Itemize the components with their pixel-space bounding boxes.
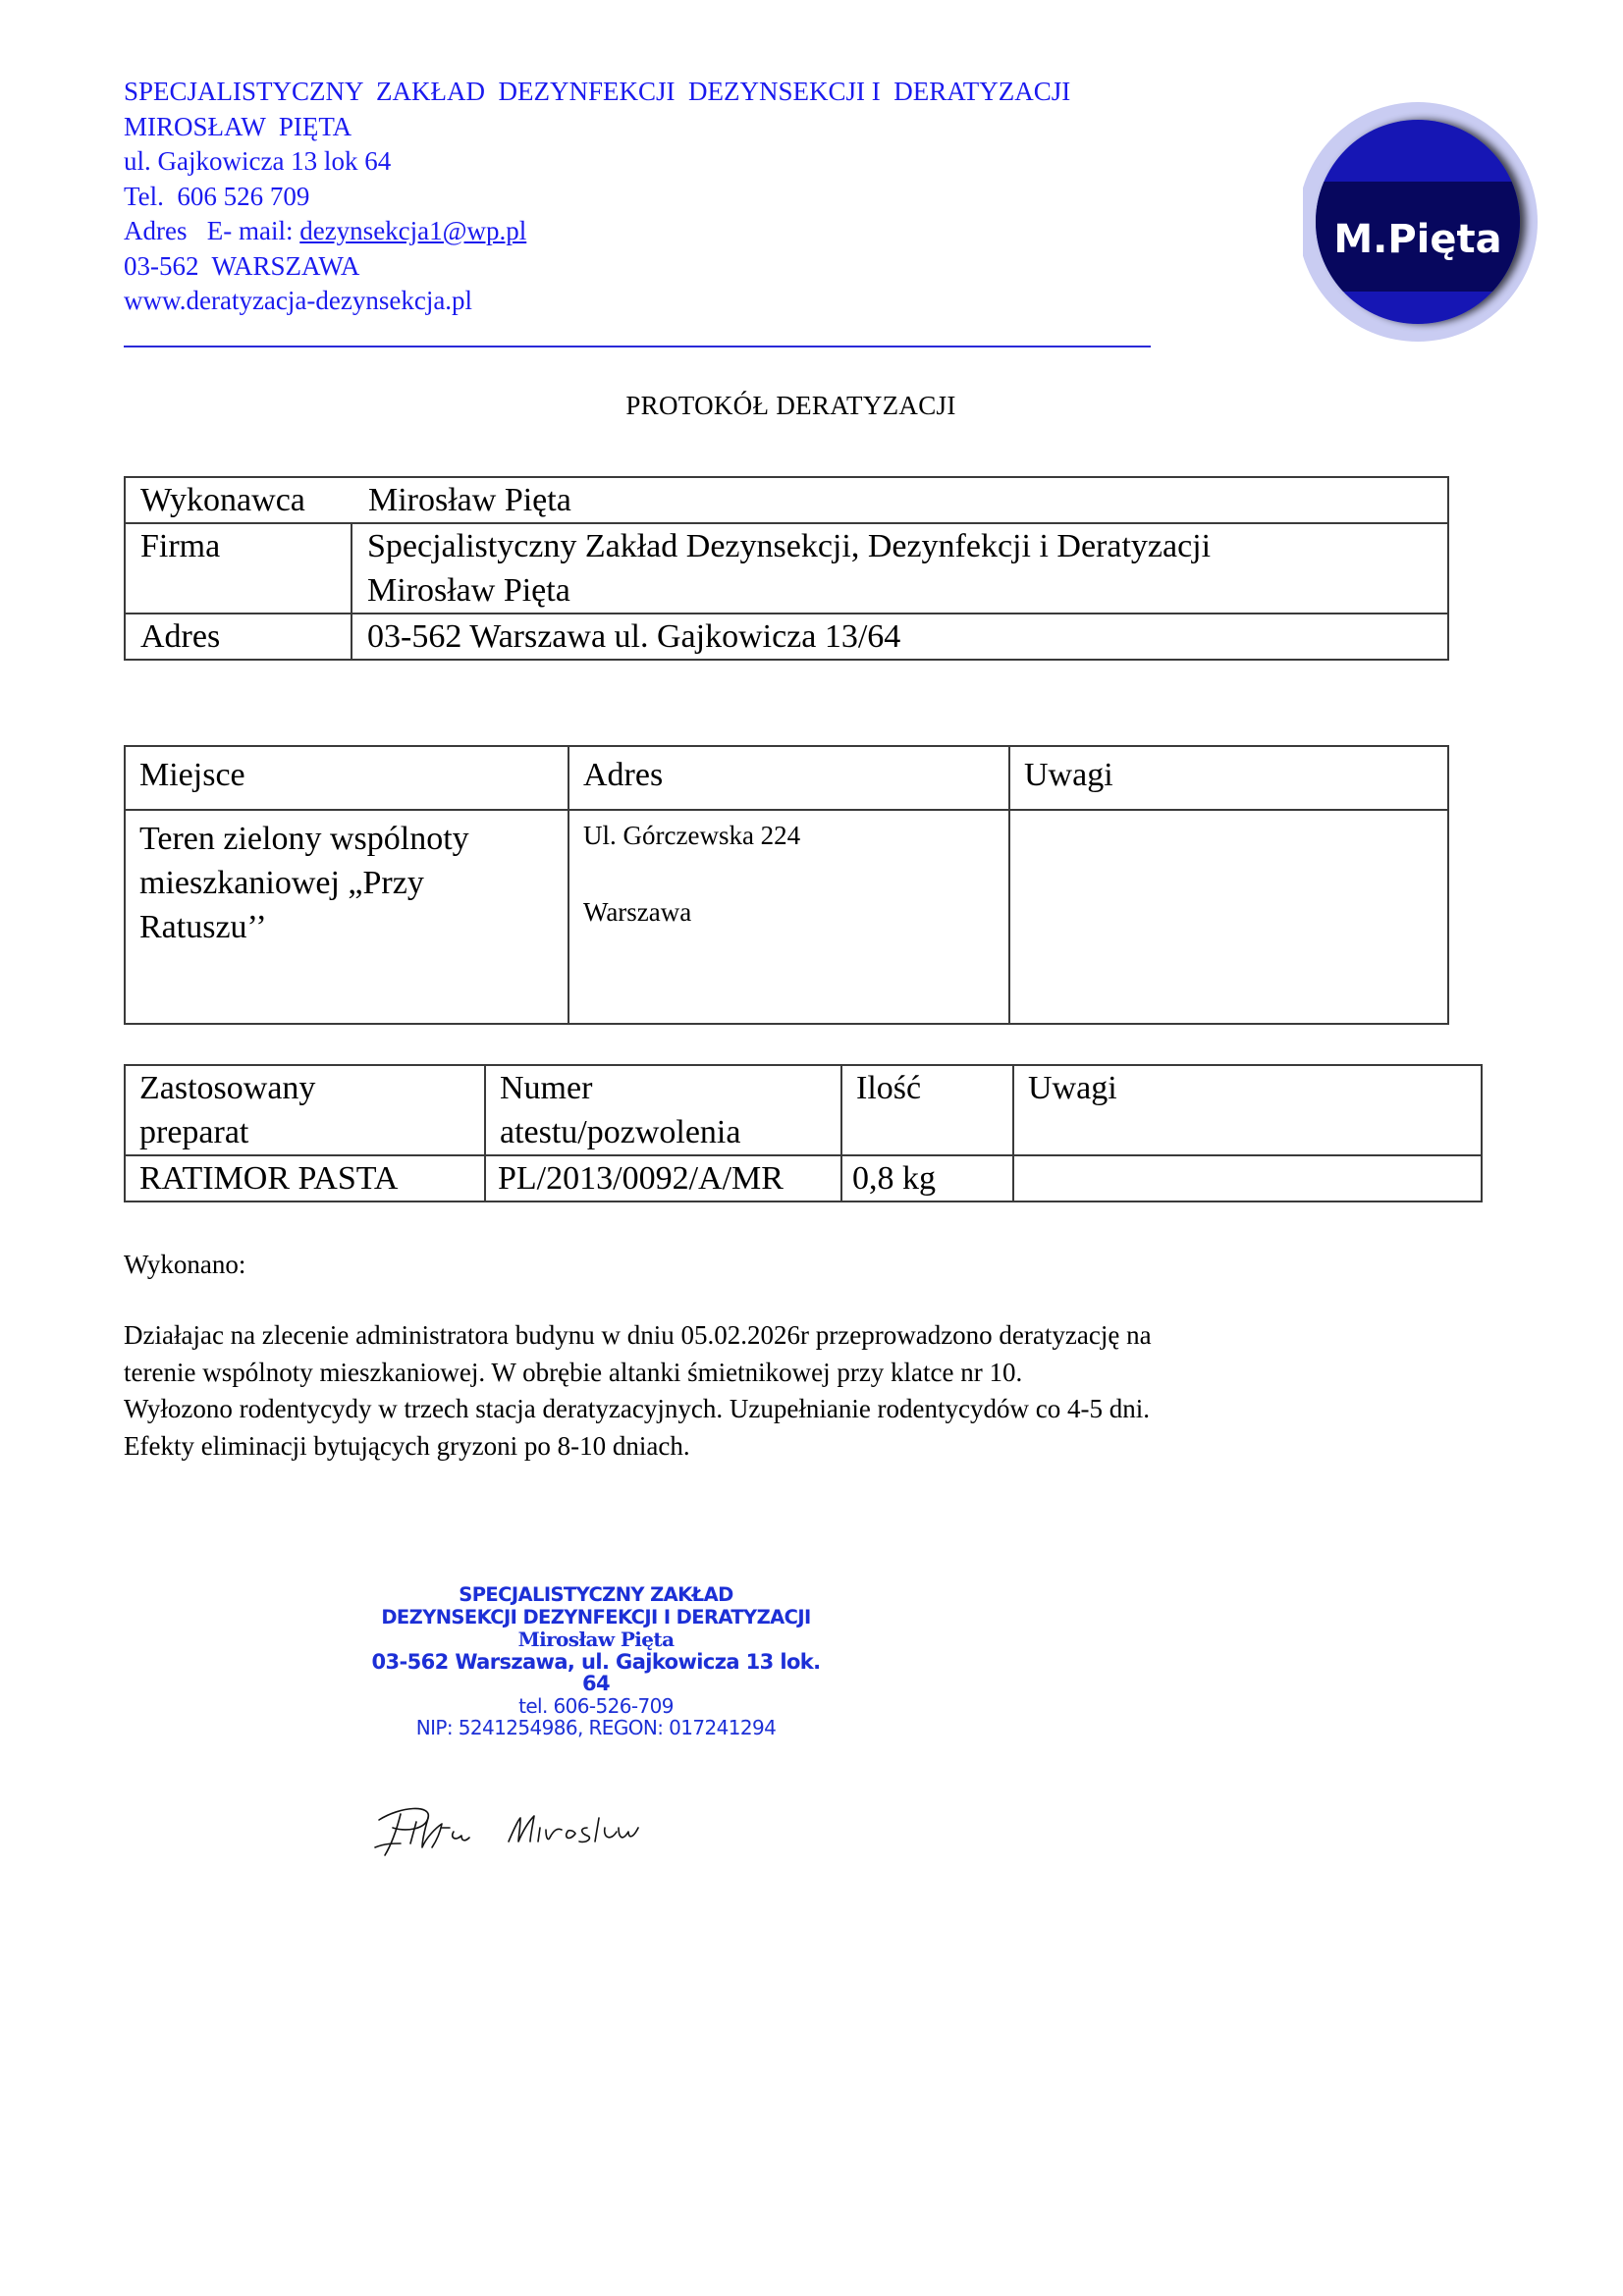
stamp-line: NIP: 5241254986, REGON: 017241294 (365, 1717, 827, 1739)
company-stamp: SPECJALISTYCZNY ZAKŁAD DEZYNSEKCJI DEZYN… (365, 1584, 827, 1739)
location-table: Miejsce Adres Uwagi Teren zielony wspóln… (124, 745, 1449, 1025)
place-line: Ratuszu’’ (139, 905, 568, 949)
permit-cell: PL/2013/0092/A/MR (485, 1155, 841, 1201)
product-table: Zastosowany preparat Numer atestu/pozwol… (124, 1064, 1483, 1202)
header-line: atestu/pozwolenia (500, 1110, 840, 1154)
letterhead: SPECJALISTYCZNY ZAKŁAD DEZYNFEKCJI DEZYN… (124, 75, 1070, 319)
header-notes: Uwagi (1013, 1065, 1482, 1155)
header-place: Miejsce (125, 746, 568, 810)
owner-name: MIROSŁAW PIĘTA (124, 110, 1070, 145)
location-address-cell: Ul. Górczewska 224 Warszawa (568, 810, 1009, 1024)
description-line: terenie wspólnoty mieszkaniowej. W obręb… (124, 1355, 1152, 1392)
description-line: Wyłozono rodentycydy w trzech stacja der… (124, 1391, 1152, 1428)
table-header-row: Miejsce Adres Uwagi (125, 746, 1448, 810)
signature (371, 1798, 666, 1867)
street-address: ul. Gajkowicza 13 lok 64 (124, 144, 1070, 180)
product-notes-cell (1013, 1155, 1482, 1201)
done-label: Wykonano: (124, 1247, 245, 1283)
work-description: Działajac na zlecenie administratora bud… (124, 1317, 1152, 1465)
place-line: Teren zielony wspólnoty (139, 817, 568, 861)
header-address: Adres (568, 746, 1009, 810)
stamp-line: tel. 606-526-709 (365, 1695, 827, 1718)
city-line: 03-562 WARSZAWA (124, 249, 1070, 285)
company-value-line: Specjalistyczny Zakład Dezynsekcji, Dezy… (367, 524, 1447, 568)
location-notes-cell (1009, 810, 1448, 1024)
stamp-line: SPECJALISTYCZNY ZAKŁAD (365, 1584, 827, 1607)
address-label: Adres (125, 614, 352, 660)
company-value: Specjalistyczny Zakład Dezynsekcji, Dezy… (352, 523, 1448, 614)
table-header-row: Zastosowany preparat Numer atestu/pozwol… (125, 1065, 1482, 1155)
website: www.deratyzacja-dezynsekcja.pl (124, 284, 1070, 319)
table-row: Adres 03-562 Warszawa ul. Gajkowicza 13/… (125, 614, 1448, 660)
company-logo: M.Pięta (1303, 92, 1544, 351)
document-title: PROTOKÓŁ DERATYZACJI (0, 391, 1582, 421)
header-line: Zastosowany (139, 1066, 484, 1110)
header-line: preparat (139, 1110, 484, 1154)
stamp-line: Mirosław Pięta (365, 1629, 827, 1651)
email-label: Adres E- mail: (124, 216, 299, 245)
header-notes: Uwagi (1009, 746, 1448, 810)
email-link[interactable]: dezynsekcja1@wp.pl (299, 216, 526, 245)
company-name: SPECJALISTYCZNY ZAKŁAD DEZYNFEKCJI DEZYN… (124, 75, 1070, 110)
header-quantity: Ilość (841, 1065, 1013, 1155)
letterhead-divider (124, 346, 1151, 347)
stamp-line: DEZYNSEKCJI DEZYNFEKCJI I DERATYZACJI (365, 1607, 827, 1629)
contractor-value: Mirosław Pięta (368, 482, 571, 518)
table-row: Firma Specjalistyczny Zakład Dezynsekcji… (125, 523, 1448, 614)
stamp-line: 03-562 Warszawa, ul. Gajkowicza 13 lok. … (365, 1651, 827, 1695)
description-line: Działajac na zlecenie administratora bud… (124, 1317, 1152, 1355)
header-product: Zastosowany preparat (125, 1065, 485, 1155)
address-value: 03-562 Warszawa ul. Gajkowicza 13/64 (352, 614, 1448, 660)
place-cell: Teren zielony wspólnoty mieszkaniowej „P… (125, 810, 568, 1024)
company-value-line: Mirosław Pięta (367, 568, 1447, 613)
quantity-cell: 0,8 kg (841, 1155, 1013, 1201)
company-label: Firma (125, 523, 352, 614)
table-row: RATIMOR PASTA PL/2013/0092/A/MR 0,8 kg (125, 1155, 1482, 1201)
product-cell: RATIMOR PASTA (125, 1155, 485, 1201)
contractor-table: WykonawcaMirosław Pięta Firma Specjalist… (124, 476, 1449, 661)
phone: Tel. 606 526 709 (124, 180, 1070, 215)
contractor-label: Wykonawca (140, 478, 368, 522)
address-line: Warszawa (583, 895, 1008, 929)
header-line: Numer (500, 1066, 840, 1110)
header-permit: Numer atestu/pozwolenia (485, 1065, 841, 1155)
contractor-cell: WykonawcaMirosław Pięta (125, 477, 1448, 523)
table-row: Teren zielony wspólnoty mieszkaniowej „P… (125, 810, 1448, 1024)
email-line: Adres E- mail: dezynsekcja1@wp.pl (124, 214, 1070, 249)
table-row: WykonawcaMirosław Pięta (125, 477, 1448, 523)
logo-text: M.Pięta (1333, 217, 1501, 262)
address-line: Ul. Górczewska 224 (583, 817, 1008, 852)
description-line: Efekty eliminacji bytujących gryzoni po … (124, 1428, 1152, 1466)
place-line: mieszkaniowej „Przy (139, 861, 568, 905)
